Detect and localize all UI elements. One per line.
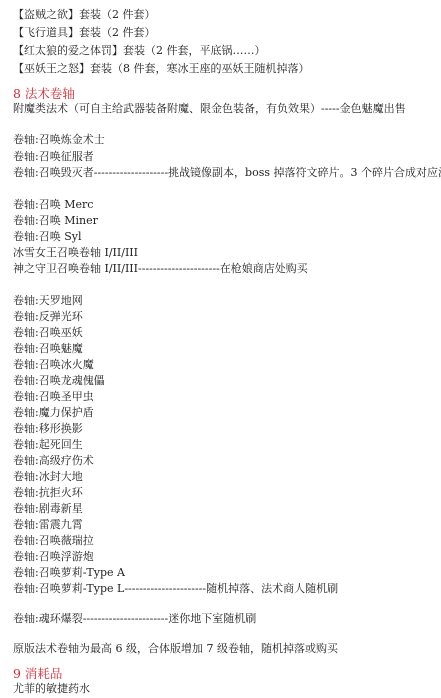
scroll-item: 卷轴:魔力保护盾 bbox=[13, 406, 94, 420]
scroll-item: 卷轴:召唤 Merc bbox=[13, 198, 93, 212]
scroll-item: 卷轴:召唤萝莉-Type L----------------------随机掉落… bbox=[13, 582, 338, 596]
scroll-item: 神之守卫召唤卷轴 I/II/III----------------------在… bbox=[13, 262, 308, 276]
scroll-item: 卷轴:魂环爆裂-----------------------迷你地下室随机刷 bbox=[13, 612, 256, 626]
set-item: 【巫妖王之怒】套装（8 件套，寒冰王座的巫妖王随机掉落） bbox=[13, 62, 310, 76]
scroll-item: 卷轴:反弹光环 bbox=[13, 310, 83, 324]
consumable-item: 尤菲的敏捷药水 bbox=[13, 682, 90, 696]
enchant-note: 附魔类法术（可自主给武器装备附魔、限金色装备，有负效果）-----金色魅魔出售 bbox=[13, 102, 406, 116]
scroll-item: 卷轴:召唤毁灭者--------------------挑战镜像副本，boss … bbox=[13, 166, 441, 180]
scroll-item: 卷轴:移形换影 bbox=[13, 422, 83, 436]
scroll-item: 卷轴:召唤浮游炮 bbox=[13, 550, 94, 564]
scroll-item: 卷轴:召唤圣甲虫 bbox=[13, 390, 94, 404]
level-note: 原版法术卷轴为最高 6 级，合体版增加 7 级卷轴，随机掉落或购买 bbox=[13, 642, 338, 656]
scroll-item: 卷轴:天罗地网 bbox=[13, 294, 83, 308]
scroll-item: 卷轴:召唤征服者 bbox=[13, 150, 94, 164]
set-item: 【飞行道具】套装（2 件套） bbox=[13, 26, 156, 40]
set-item: 【红太狼的爱之体罚】套装（2 件套，平底锅……） bbox=[13, 44, 266, 58]
scroll-item: 卷轴:召唤炼金术士 bbox=[13, 133, 105, 147]
section-8-heading: 8 法术卷轴 bbox=[13, 86, 75, 102]
section-9-heading: 9 消耗品 bbox=[13, 666, 62, 682]
scroll-item: 卷轴:召唤薇瑞拉 bbox=[13, 534, 94, 548]
scroll-item: 卷轴:召唤冰火魔 bbox=[13, 358, 94, 372]
scroll-item: 卷轴:召唤萝莉-Type A bbox=[13, 566, 125, 580]
scroll-item: 卷轴:雷震九霄 bbox=[13, 518, 83, 532]
scroll-item: 卷轴:起死回生 bbox=[13, 438, 83, 452]
scroll-item: 卷轴:召唤巫妖 bbox=[13, 326, 83, 340]
scroll-item: 冰雪女王召唤卷轴 I/II/III bbox=[13, 246, 138, 260]
scroll-item: 卷轴:抗拒火环 bbox=[13, 486, 83, 500]
scroll-item: 卷轴:召唤 Miner bbox=[13, 214, 98, 228]
scroll-item: 卷轴:高级疗伤术 bbox=[13, 454, 94, 468]
scroll-item: 卷轴:召唤 Syl bbox=[13, 230, 81, 244]
scroll-item: 卷轴:冰封大地 bbox=[13, 470, 83, 484]
scroll-item: 卷轴:召唤魅魔 bbox=[13, 342, 83, 356]
set-item: 【盗贼之欲】套装（2 件套） bbox=[13, 8, 156, 22]
scroll-item: 卷轴:剧毒新星 bbox=[13, 502, 83, 516]
scroll-item: 卷轴:召唤龙魂傀儡 bbox=[13, 374, 105, 388]
